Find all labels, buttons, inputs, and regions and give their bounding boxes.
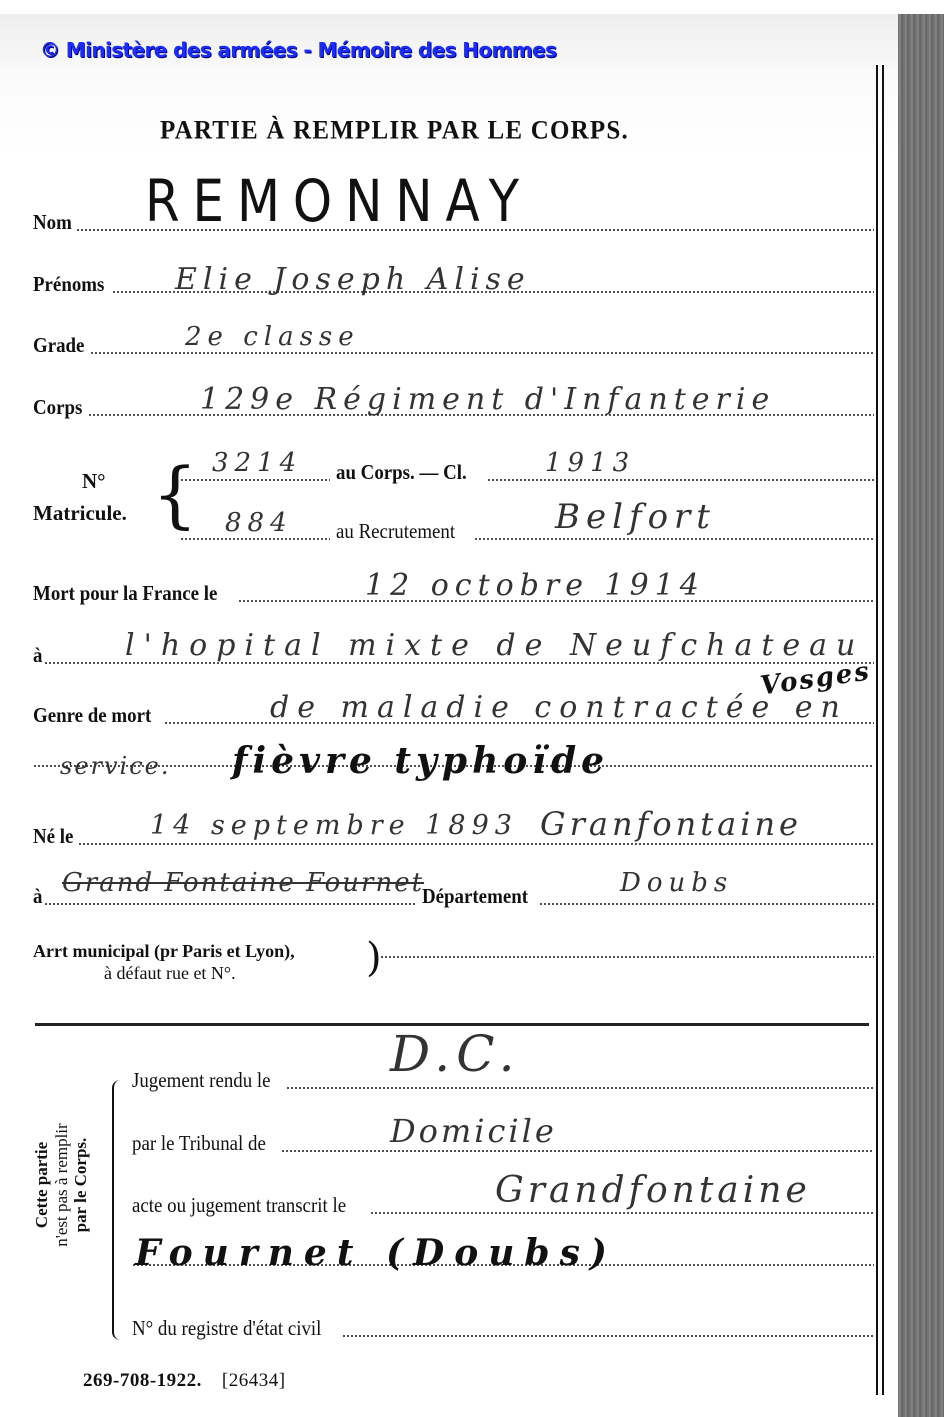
field-registre: N° du registre d'état civil xyxy=(132,1318,874,1339)
jugement-brace xyxy=(112,1080,122,1340)
ne-le-date: 14 septembre 1893 xyxy=(150,810,518,841)
copyright-watermark: © Ministère des armées - Mémoire des Hom… xyxy=(40,38,556,62)
right-border-line-inner xyxy=(882,65,884,1395)
nom-value: REMONNAY xyxy=(145,167,532,235)
recrutement-place: Belfort xyxy=(555,497,716,537)
matricule-corps-dots xyxy=(180,479,330,481)
footer-code: 269-708-1922. xyxy=(83,1370,202,1391)
classe-dotted-line xyxy=(487,479,874,481)
tribunal-label: par le Tribunal de xyxy=(132,1133,266,1154)
section-heading: PARTIE À REMPLIR PAR LE CORPS. xyxy=(160,116,629,145)
grade-dotted-line xyxy=(90,352,874,354)
jugement-rendu-dotted-line xyxy=(286,1087,874,1089)
jugement-rendu-value: D.C. xyxy=(390,1025,521,1083)
transcrit-value-line1: Grandfontaine xyxy=(495,1170,811,1211)
field-arrondissement xyxy=(380,956,874,960)
grade-value: 2e classe xyxy=(185,322,360,352)
recrutement-dotted-line xyxy=(474,538,874,540)
genre-mort-value-line1: de maladie contractée en xyxy=(270,690,848,725)
side-note-line1: Cette partie xyxy=(32,1070,52,1300)
side-note: Cette partie n'est pas à remplir par le … xyxy=(32,1070,91,1300)
form-footer: 269-708-1922.[26434] xyxy=(83,1370,286,1392)
au-corps-label: au Corps. — Cl. xyxy=(336,462,467,483)
departement-dotted-line xyxy=(539,903,874,905)
top-margin xyxy=(0,0,944,14)
jugement-rendu-label: Jugement rendu le xyxy=(132,1070,271,1091)
matricule-label-line2: Matricule. xyxy=(33,502,127,525)
field-grade: Grade xyxy=(33,335,874,356)
matricule-recrutement-number: 884 xyxy=(225,508,293,538)
tribunal-dotted-line xyxy=(281,1150,874,1152)
lieu-mort-value: l'hopital mixte de Neufchateau xyxy=(125,628,864,663)
grade-label: Grade xyxy=(33,335,84,356)
lieu-mort-label: à xyxy=(33,645,42,666)
arrondissement-label-line2: à défaut rue et N°. xyxy=(104,964,236,984)
side-note-line3: par le Corps. xyxy=(71,1070,91,1300)
registre-dotted-line xyxy=(342,1335,874,1337)
nom-label: Nom xyxy=(33,212,72,233)
departement-label: Département xyxy=(422,886,528,907)
matricule-label-line1: N° xyxy=(82,470,106,493)
mort-label: Mort pour la France le xyxy=(33,583,217,604)
transcrit-value-line2: Fournet (Doubs) xyxy=(135,1232,617,1274)
corps-value: 129e Régiment d'Infanterie xyxy=(200,382,775,417)
arrondissement-dotted-line xyxy=(380,956,874,958)
lieu-naissance-label: à xyxy=(33,886,42,907)
transcrit-dotted-line xyxy=(370,1212,874,1214)
prenoms-label: Prénoms xyxy=(33,274,104,295)
genre-mort-value-line2: fièvre typhoïde xyxy=(232,740,609,782)
genre-mort-service: service. xyxy=(60,752,171,780)
departement-value: Doubs xyxy=(620,868,733,898)
mort-date: 12 octobre 1914 xyxy=(365,568,705,603)
genre-mort-label: Genre de mort xyxy=(33,705,151,726)
footer-ref: [26434] xyxy=(222,1370,286,1391)
arrondissement-label-line1: Arrt municipal (pr Paris et Lyon), xyxy=(33,942,295,962)
transcrit-label: acte ou jugement transcrit le xyxy=(132,1195,346,1216)
ne-le-dotted-line xyxy=(78,843,874,845)
lieu-naissance-dotted-line xyxy=(44,903,416,905)
lieu-naissance-value: Grand Fontaine Fournet xyxy=(62,868,424,898)
tribunal-value: Domicile xyxy=(390,1112,557,1150)
ne-le-place: Granfontaine xyxy=(540,805,802,843)
prenoms-value: Elie Joseph Alise xyxy=(175,262,531,297)
side-note-line2: n'est pas à remplir xyxy=(52,1070,72,1300)
page-binding-edge xyxy=(898,14,944,1417)
corps-label: Corps xyxy=(33,397,82,418)
matricule-corps-number: 3214 xyxy=(212,448,302,478)
right-border-line xyxy=(876,65,878,1395)
classe-value: 1913 xyxy=(545,448,635,478)
au-recrutement-label: au Recrutement xyxy=(336,521,455,542)
ne-le-label: Né le xyxy=(33,826,73,847)
matricule-recrutement-dots xyxy=(180,538,330,540)
registre-label: N° du registre d'état civil xyxy=(132,1318,321,1339)
